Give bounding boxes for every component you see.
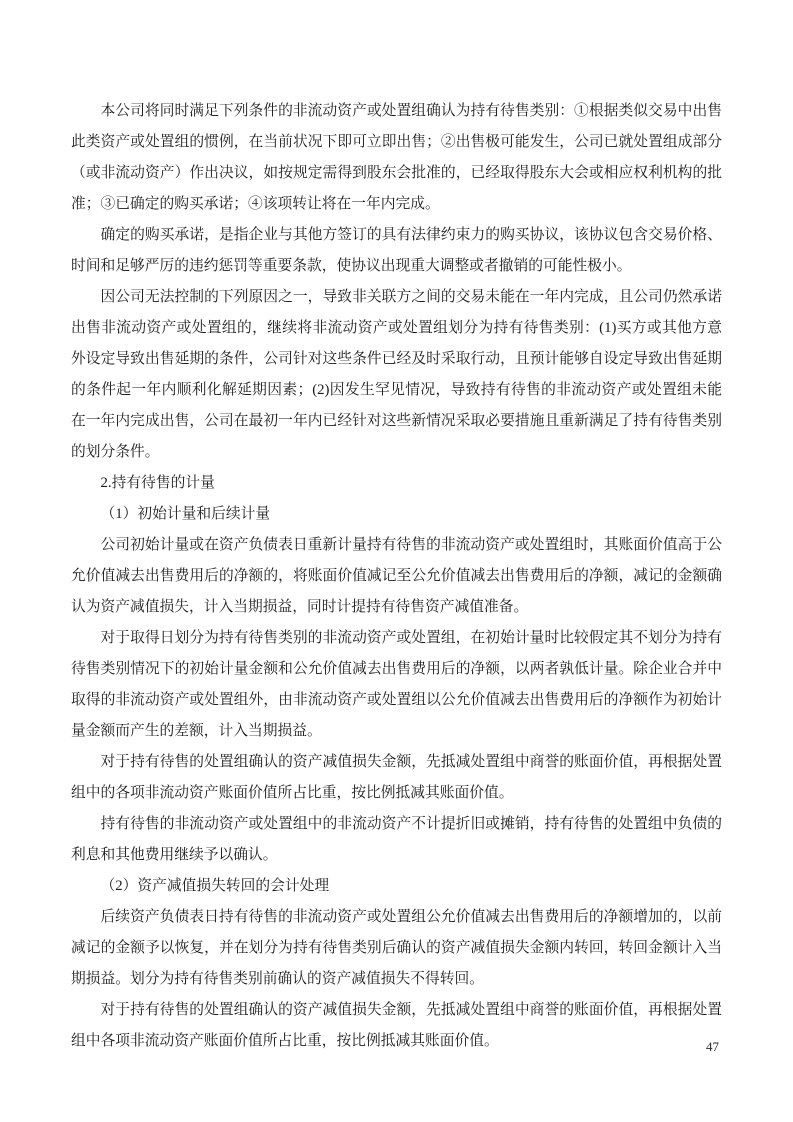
body-paragraph: 后续资产负债表日持有待售的非流动资产或处置组公允价值减去出售费用后的净额增加的，… bbox=[71, 902, 722, 995]
body-paragraph: 对于持有待售的处置组确认的资产减值损失金额，先抵减处置组中商誉的账面价值，再根据… bbox=[71, 747, 722, 809]
page-footer: 47 bbox=[706, 1039, 719, 1055]
body-paragraph: 持有待售的非流动资产或处置组中的非流动资产不计提折旧或摊销，持有待售的处置组中负… bbox=[71, 809, 722, 871]
page-number: 47 bbox=[706, 1039, 719, 1054]
body-paragraph: 因公司无法控制的下列原因之一，导致非关联方之间的交易未能在一年内完成，且公司仍然… bbox=[71, 282, 722, 468]
section-heading: （1）初始计量和后续计量 bbox=[71, 499, 722, 530]
body-paragraph: 本公司将同时满足下列条件的非流动资产或处置组确认为持有待售类别：①根据类似交易中… bbox=[71, 96, 722, 220]
body-paragraph: 对于持有待售的处置组确认的资产减值损失金额，先抵减处置组中商誉的账面价值，再根据… bbox=[71, 995, 722, 1057]
document-body: 本公司将同时满足下列条件的非流动资产或处置组确认为持有待售类别：①根据类似交易中… bbox=[71, 96, 722, 1057]
section-heading: （2）资产减值损失转回的会计处理 bbox=[71, 871, 722, 902]
document-page: 本公司将同时满足下列条件的非流动资产或处置组确认为持有待售类别：①根据类似交易中… bbox=[0, 0, 793, 1122]
body-paragraph: 公司初始计量或在资产负债表日重新计量持有待售的非流动资产或处置组时，其账面价值高… bbox=[71, 530, 722, 623]
body-paragraph: 对于取得日划分为持有待售类别的非流动资产或处置组，在初始计量时比较假定其不划分为… bbox=[71, 623, 722, 747]
body-paragraph: 确定的购买承诺，是指企业与其他方签订的具有法律约束力的购买协议，该协议包含交易价… bbox=[71, 220, 722, 282]
section-heading: 2.持有待售的计量 bbox=[71, 468, 722, 499]
